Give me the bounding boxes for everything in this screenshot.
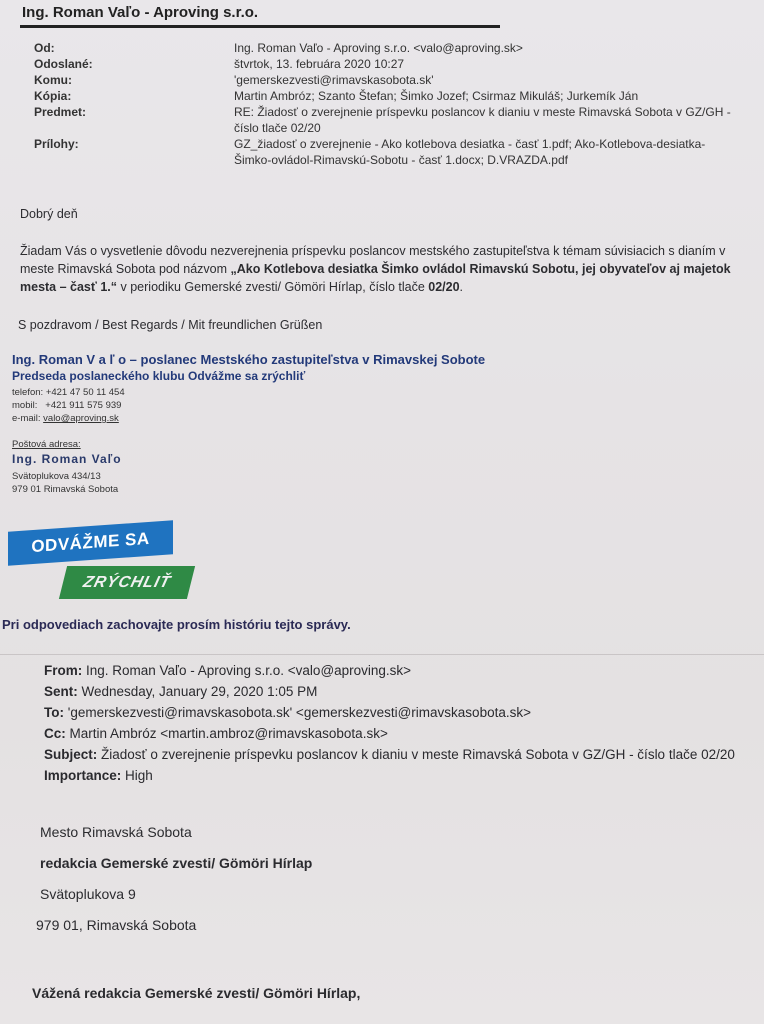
- fwd-subject: Subject: Žiadosť o zverejnenie príspevku…: [44, 744, 759, 765]
- meta-label: Odoslané:: [34, 56, 234, 72]
- recipient-city: Mesto Rimavská Sobota: [40, 824, 192, 840]
- meta-value: RE: Žiadosť o zverejnenie príspevku posl…: [234, 104, 734, 136]
- salutation: Vážená redakcia Gemerské zvesti/ Gömöri …: [32, 985, 360, 1001]
- fwd-sent: Sent: Wednesday, January 29, 2020 1:05 P…: [44, 681, 759, 702]
- signature-mobile: mobil: +421 911 575 939: [12, 400, 121, 411]
- postal-label: Poštová adresa:: [12, 439, 81, 450]
- email-metadata: Od: Ing. Roman Vaľo - Aproving s.r.o. <v…: [34, 40, 734, 168]
- body-paragraph: Žiadam Vás o vysvetlenie dôvodu nezverej…: [20, 242, 760, 296]
- logo-blue-banner: ODVÁŽME SA: [8, 520, 173, 566]
- postal-street: Svätoplukova 434/13: [12, 471, 101, 482]
- recipient-zip: 979 01, Rimavská Sobota: [36, 917, 196, 933]
- issue-number: 02/20: [428, 280, 459, 294]
- fwd-value: Wednesday, January 29, 2020 1:05 PM: [78, 684, 318, 699]
- fwd-value: High: [121, 768, 153, 783]
- email-link[interactable]: valo@aproving.sk: [43, 413, 119, 424]
- fwd-label: Sent:: [44, 684, 78, 699]
- meta-value: Martin Ambróz; Szanto Štefan; Šimko Joze…: [234, 88, 734, 104]
- fwd-label: Subject:: [44, 747, 97, 762]
- signature-name: Ing. Roman V a ľ o – poslanec Mestského …: [12, 352, 485, 367]
- fwd-label: Importance:: [44, 768, 121, 783]
- signature-role: Predseda poslaneckého klubu Odvážme sa z…: [12, 369, 305, 383]
- fwd-value: Ing. Roman Vaľo - Aproving s.r.o. <valo@…: [82, 663, 411, 678]
- mobile-label: mobil:: [12, 400, 37, 411]
- signature-email: e-mail: valo@aproving.sk: [12, 413, 119, 424]
- meta-attachments: Prílohy: GZ_žiadosť o zverejnenie - Ako …: [34, 136, 734, 168]
- printed-email-page: Ing. Roman Vaľo - Aproving s.r.o. Od: In…: [0, 0, 764, 1024]
- fwd-importance: Importance: High: [44, 765, 759, 786]
- fwd-cc: Cc: Martin Ambróz <martin.ambroz@rimavsk…: [44, 723, 759, 744]
- closing: S pozdravom / Best Regards / Mit freundl…: [18, 318, 322, 332]
- meta-value: 'gemerskezvesti@rimavskasobota.sk': [234, 72, 734, 88]
- fwd-from: From: Ing. Roman Vaľo - Aproving s.r.o. …: [44, 660, 759, 681]
- meta-label: Predmet:: [34, 104, 234, 136]
- header-title: Ing. Roman Vaľo - Aproving s.r.o.: [22, 4, 258, 21]
- meta-label: Kópia:: [34, 88, 234, 104]
- fwd-label: From:: [44, 663, 82, 678]
- fwd-to: To: 'gemerskezvesti@rimavskasobota.sk' <…: [44, 702, 759, 723]
- recipient-street: Svätoplukova 9: [40, 886, 136, 902]
- greeting: Dobrý deň: [20, 207, 78, 221]
- postal-city: 979 01 Rimavská Sobota: [12, 484, 118, 495]
- fwd-label: Cc:: [44, 726, 66, 741]
- forwarded-header: From: Ing. Roman Vaľo - Aproving s.r.o. …: [44, 660, 759, 786]
- signature-phone: telefon: +421 47 50 11 454: [12, 387, 125, 398]
- meta-value: GZ_žiadosť o zverejnenie - Ako kotlebova…: [234, 136, 734, 168]
- mobile-value: +421 911 575 939: [45, 400, 121, 411]
- meta-to: Komu: 'gemerskezvesti@rimavskasobota.sk': [34, 72, 734, 88]
- meta-label: Komu:: [34, 72, 234, 88]
- party-logo: ODVÁŽME SA ZRÝCHLIŤ: [8, 520, 198, 600]
- postal-name: Ing. Roman Vaľo: [12, 452, 122, 466]
- meta-label: Od:: [34, 40, 234, 56]
- body-text: v periodiku Gemerské zvesti/ Gömöri Hírl…: [117, 280, 428, 294]
- meta-label: Prílohy:: [34, 136, 234, 168]
- meta-value: Ing. Roman Vaľo - Aproving s.r.o. <valo@…: [234, 40, 734, 56]
- fwd-value: Žiadosť o zverejnenie príspevku poslanco…: [97, 747, 735, 762]
- header-rule: [20, 25, 500, 28]
- recipient-editorial: redakcia Gemerské zvesti/ Gömöri Hírlap: [40, 855, 312, 871]
- email-label: e-mail:: [12, 413, 41, 424]
- phone-value: +421 47 50 11 454: [46, 387, 125, 398]
- meta-subject: Predmet: RE: Žiadosť o zverejnenie prísp…: [34, 104, 734, 136]
- logo-green-banner: ZRÝCHLIŤ: [59, 566, 195, 599]
- meta-cc: Kópia: Martin Ambróz; Szanto Štefan; Šim…: [34, 88, 734, 104]
- fwd-value: 'gemerskezvesti@rimavskasobota.sk' <geme…: [64, 705, 531, 720]
- forward-separator: [0, 654, 764, 655]
- phone-label: telefon:: [12, 387, 43, 398]
- meta-sent: Odoslané: štvrtok, 13. februára 2020 10:…: [34, 56, 734, 72]
- body-text: .: [460, 280, 463, 294]
- reply-notice: Pri odpovediach zachovajte prosím histór…: [2, 617, 351, 632]
- meta-value: štvrtok, 13. februára 2020 10:27: [234, 56, 734, 72]
- fwd-value: Martin Ambróz <martin.ambroz@rimavskasob…: [66, 726, 388, 741]
- meta-from: Od: Ing. Roman Vaľo - Aproving s.r.o. <v…: [34, 40, 734, 56]
- fwd-label: To:: [44, 705, 64, 720]
